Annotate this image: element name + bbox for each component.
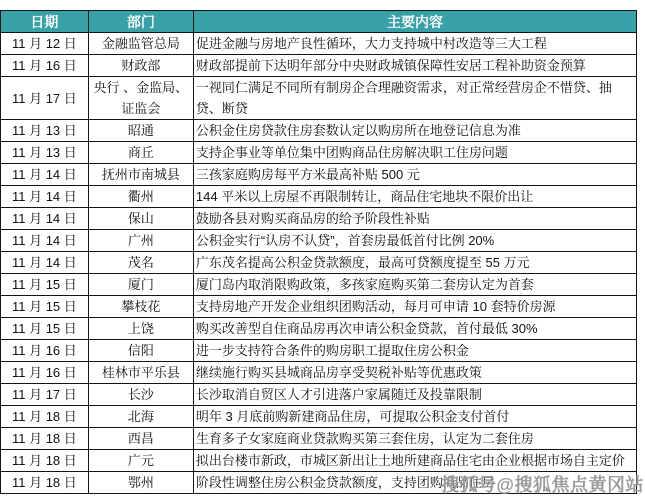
- date-cell: 11 月 13 日: [1, 142, 89, 164]
- date-cell: 11 月 16 日: [1, 55, 89, 77]
- department-cell: 金融监管总局: [88, 33, 193, 55]
- table-row: 11 月 16 日桂林市平乐县继续施行购买县城商品房享受契税补贴等优惠政策: [1, 362, 637, 384]
- content-cell: 促进金融与房地产良性循环，大力支持城中村改造等三大工程: [193, 33, 636, 55]
- table-row: 11 月 14 日抚州市南城县三孩家庭购房每平方米最高补贴 500 元: [1, 164, 637, 186]
- department-cell: 上饶: [88, 318, 193, 340]
- date-cell: 11 月 15 日: [1, 274, 89, 296]
- date-cell: 11 月 16 日: [1, 340, 89, 362]
- table-row: 11 月 13 日昭通公积金住房贷款住房套数认定以购房所在地登记信息为准: [1, 120, 637, 142]
- table-row: 11 月 17 日长沙长沙取消自贸区人才引进落户家属随迁及投靠限制: [1, 384, 637, 406]
- content-cell: 财政部提前下达明年部分中央财政城镇保障性安居工程补助资金预算: [193, 55, 636, 77]
- table-row: 11 月 17 日央行 、金监局、证监会一视同仁满足不同所有制房企合理融资需求，…: [1, 77, 637, 120]
- page: 日期 部门 主要内容 11 月 12 日金融监管总局促进金融与房地产良性循环，大…: [0, 0, 645, 499]
- policy-table: 日期 部门 主要内容 11 月 12 日金融监管总局促进金融与房地产良性循环，大…: [0, 10, 637, 494]
- department-cell: 财政部: [88, 55, 193, 77]
- date-cell: 11 月 16 日: [1, 362, 89, 384]
- department-cell: 商丘: [88, 142, 193, 164]
- table-row: 11 月 18 日广元拟出台楼市新政，市城区新出让土地所建商品住宅由企业根据市场…: [1, 450, 637, 472]
- department-cell: 保山: [88, 208, 193, 230]
- department-cell: 衢州: [88, 186, 193, 208]
- content-cell: 购买改善型自住商品房再次申请公积金贷款，首付最低 30%: [193, 318, 636, 340]
- content-cell: 144 平米以上房屋不再限制转让，商品住宅地块不限价出让: [193, 186, 636, 208]
- date-cell: 11 月 18 日: [1, 406, 89, 428]
- content-cell: 三孩家庭购房每平方米最高补贴 500 元: [193, 164, 636, 186]
- date-cell: 11 月 14 日: [1, 186, 89, 208]
- date-cell: 11 月 15 日: [1, 296, 89, 318]
- table-row: 11 月 15 日攀枝花支持房地产开发企业组织团购活动，每月可申请 10 套特价…: [1, 296, 637, 318]
- table-body: 11 月 12 日金融监管总局促进金融与房地产良性循环，大力支持城中村改造等三大…: [1, 33, 637, 494]
- department-cell: 茂名: [88, 252, 193, 274]
- department-cell: 信阳: [88, 340, 193, 362]
- department-cell: 长沙: [88, 384, 193, 406]
- table-row: 11 月 14 日保山鼓励各县对购买商品房的给予阶段性补贴: [1, 208, 637, 230]
- department-cell: 西昌: [88, 428, 193, 450]
- date-cell: 11 月 18 日: [1, 450, 89, 472]
- content-cell: 鼓励各县对购买商品房的给予阶段性补贴: [193, 208, 636, 230]
- date-cell: 11 月 18 日: [1, 472, 89, 494]
- table-row: 11 月 13 日商丘支持企事业等单位集中团购商品住房解决职工住房问题: [1, 142, 637, 164]
- content-cell: 进一步支持符合条件的购房职工提取住房公积金: [193, 340, 636, 362]
- date-cell: 11 月 14 日: [1, 252, 89, 274]
- header-date: 日期: [1, 11, 89, 33]
- date-cell: 11 月 17 日: [1, 384, 89, 406]
- content-cell: 支持企事业等单位集中团购商品住房解决职工住房问题: [193, 142, 636, 164]
- department-cell: 鄂州: [88, 472, 193, 494]
- content-cell: 广东茂名提高公积金贷款额度，最高可贷额度提至 55 万元: [193, 252, 636, 274]
- table-row: 11 月 12 日金融监管总局促进金融与房地产良性循环，大力支持城中村改造等三大…: [1, 33, 637, 55]
- table-row: 11 月 16 日信阳进一步支持符合条件的购房职工提取住房公积金: [1, 340, 637, 362]
- table-row: 11 月 14 日茂名广东茂名提高公积金贷款额度，最高可贷额度提至 55 万元: [1, 252, 637, 274]
- table-row: 11 月 15 日厦门厦门岛内取消限购政策，多孩家庭购买第二套房认定为首套: [1, 274, 637, 296]
- table-row: 11 月 18 日西昌生育多子女家庭商业贷款购买第三套住房，认定为二套住房: [1, 428, 637, 450]
- table-row: 11 月 15 日上饶购买改善型自住商品房再次申请公积金贷款，首付最低 30%: [1, 318, 637, 340]
- department-cell: 北海: [88, 406, 193, 428]
- date-cell: 11 月 14 日: [1, 230, 89, 252]
- date-cell: 11 月 14 日: [1, 164, 89, 186]
- table-row: 11 月 14 日广州公积金实行“认房不认贷”，首套房最低首付比例 20%: [1, 230, 637, 252]
- table-row: 11 月 16 日财政部财政部提前下达明年部分中央财政城镇保障性安居工程补助资金…: [1, 55, 637, 77]
- date-cell: 11 月 17 日: [1, 77, 89, 120]
- date-cell: 11 月 13 日: [1, 120, 89, 142]
- content-cell: 厦门岛内取消限购政策，多孩家庭购买第二套房认定为首套: [193, 274, 636, 296]
- content-cell: 继续施行购买县城商品房享受契税补贴等优惠政策: [193, 362, 636, 384]
- department-cell: 桂林市平乐县: [88, 362, 193, 384]
- content-cell: 生育多子女家庭商业贷款购买第三套住房，认定为二套住房: [193, 428, 636, 450]
- content-cell: 长沙取消自贸区人才引进落户家属随迁及投靠限制: [193, 384, 636, 406]
- content-cell: 阶段性调整住房公积金贷款额度，支持团购商品住房: [193, 472, 636, 494]
- date-cell: 11 月 18 日: [1, 428, 89, 450]
- department-cell: 厦门: [88, 274, 193, 296]
- date-cell: 11 月 12 日: [1, 33, 89, 55]
- department-cell: 央行 、金监局、证监会: [88, 77, 193, 120]
- header-department: 部门: [88, 11, 193, 33]
- content-cell: 拟出台楼市新政，市城区新出让土地所建商品住宅由企业根据市场自主定价: [193, 450, 636, 472]
- content-cell: 一视同仁满足不同所有制房企合理融资需求，对正常经营房企不惜贷、抽贷、断贷: [193, 77, 636, 120]
- department-cell: 广元: [88, 450, 193, 472]
- content-cell: 支持房地产开发企业组织团购活动，每月可申请 10 套特价房源: [193, 296, 636, 318]
- department-cell: 昭通: [88, 120, 193, 142]
- date-cell: 11 月 14 日: [1, 208, 89, 230]
- table-row: 11 月 14 日衢州144 平米以上房屋不再限制转让，商品住宅地块不限价出让: [1, 186, 637, 208]
- content-cell: 明年 3 月底前购新建商品住房，可提取公积金支付首付: [193, 406, 636, 428]
- content-cell: 公积金实行“认房不认贷”，首套房最低首付比例 20%: [193, 230, 636, 252]
- date-cell: 11 月 15 日: [1, 318, 89, 340]
- table-row: 11 月 18 日北海明年 3 月底前购新建商品住房，可提取公积金支付首付: [1, 406, 637, 428]
- content-cell: 公积金住房贷款住房套数认定以购房所在地登记信息为准: [193, 120, 636, 142]
- header-main-content: 主要内容: [193, 11, 636, 33]
- header-row: 日期 部门 主要内容: [1, 11, 637, 33]
- department-cell: 抚州市南城县: [88, 164, 193, 186]
- department-cell: 广州: [88, 230, 193, 252]
- table-row: 11 月 18 日鄂州阶段性调整住房公积金贷款额度，支持团购商品住房: [1, 472, 637, 494]
- department-cell: 攀枝花: [88, 296, 193, 318]
